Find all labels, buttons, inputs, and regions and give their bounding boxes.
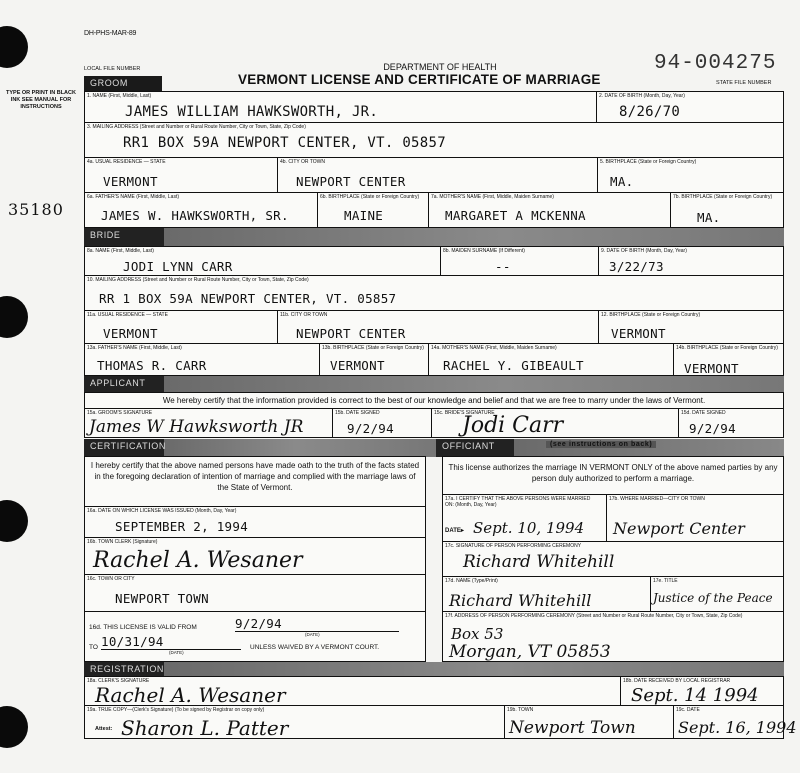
- groom-mother-field[interactable]: 7a. MOTHER'S NAME (First, Middle, Maiden…: [428, 192, 671, 228]
- binder-hole: [0, 296, 28, 338]
- department-name: DEPARTMENT OF HEALTH: [300, 62, 580, 72]
- bride-mother-field[interactable]: 14a. MOTHER'S NAME (First, Middle, Maide…: [428, 343, 674, 376]
- bride-signature-field[interactable]: 15c. BRIDE'S SIGNATURE Jodi Carr: [431, 408, 679, 438]
- registration-date-field[interactable]: 19c. DATE Sept. 16, 1994: [673, 705, 784, 739]
- groom-address-field[interactable]: 3. MAILING ADDRESS (Street and Number or…: [84, 122, 784, 158]
- bride-birthplace-field[interactable]: 12. BIRTHPLACE (State or Foreign Country…: [598, 310, 784, 344]
- officiant-title-field[interactable]: 17e. TITLE Justice of the Peace: [650, 576, 784, 612]
- groom-name-field[interactable]: 1. NAME (First, Middle, Last) JAMES WILL…: [84, 91, 597, 123]
- state-file-number: 94-004275: [654, 52, 776, 75]
- town-or-city-field[interactable]: 16c. TOWN OR CITY NEWPORT TOWN: [84, 574, 426, 612]
- officiant-name-field[interactable]: 17d. NAME (Type/Print) Richard Whitehill: [442, 576, 651, 612]
- officiant-address-field[interactable]: 17f. ADDRESS OF PERSON PERFORMING CEREMO…: [442, 611, 784, 662]
- officiant-signature-field[interactable]: 17c. SIGNATURE OF PERSON PERFORMING CERE…: [442, 541, 784, 577]
- document-title: VERMONT LICENSE AND CERTIFICATE OF MARRI…: [238, 72, 601, 87]
- groom-father-birthplace-field[interactable]: 6b. BIRTHPLACE (State or Foreign Country…: [317, 192, 429, 228]
- bride-name: JODI LYNN CARR: [123, 259, 233, 274]
- bride-father-birthplace-field[interactable]: 13b. BIRTHPLACE (State or Foreign Countr…: [319, 343, 429, 376]
- groom-address: RR1 BOX 59A NEWPORT CENTER, VT. 05857: [123, 135, 446, 151]
- form-code: DH-PHS-MAR-89: [84, 30, 136, 37]
- where-married-field[interactable]: 17b. WHERE MARRIED—CITY OR TOWN Newport …: [606, 494, 784, 542]
- side-note: TYPE OR PRINT IN BLACK INK SEE MANUAL FO…: [6, 90, 76, 111]
- section-header-registration: REGISTRATION: [84, 662, 784, 677]
- groom-city-field[interactable]: 4b. CITY OR TOWN NEWPORT CENTER: [277, 157, 598, 193]
- officiant-statement: This license authorizes the marriage IN …: [446, 462, 780, 484]
- groom-residence-field[interactable]: 4a. USUAL RESIDENCE — STATE VERMONT: [84, 157, 278, 193]
- groom-signature-field[interactable]: 15a. GROOM'S SIGNATURE James W Hawkswort…: [84, 408, 333, 438]
- bride-address-field[interactable]: 10. MAILING ADDRESS (Street and Number o…: [84, 275, 784, 311]
- binder-hole: [0, 500, 28, 542]
- valid-from: 9/2/94: [235, 616, 399, 632]
- bride-city-field[interactable]: 11b. CITY OR TOWN NEWPORT CENTER: [277, 310, 599, 344]
- bride-maiden-field[interactable]: 8b. MAIDEN SURNAME (If Different) --: [440, 246, 599, 276]
- groom-dob: 8/26/70: [619, 104, 680, 120]
- clerk-signature-field[interactable]: 18a. CLERK'S SIGNATURE Rachel A. Wesaner: [84, 676, 621, 706]
- groom-date-signed-field[interactable]: 15b. DATE SIGNED 9/2/94: [332, 408, 432, 438]
- section-header-groom: GROOM: [84, 76, 162, 91]
- bride-date-signed-field[interactable]: 15d. DATE SIGNED 9/2/94: [678, 408, 784, 438]
- bride-dob-field[interactable]: 9. DATE OF BIRTH (Month, Day, Year) 3/22…: [598, 246, 784, 276]
- bride-mother-birthplace-field[interactable]: 14b. BIRTHPLACE (State or Foreign Countr…: [673, 343, 784, 376]
- true-copy-field[interactable]: 19a. TRUE COPY—(Clerk's Signature) (To b…: [84, 705, 505, 739]
- date-received-field[interactable]: 18b. DATE RECEIVED BY LOCAL REGISTRAR Se…: [620, 676, 784, 706]
- section-header-certification: CERTIFICATION: [84, 439, 436, 457]
- applicant-statement-box: We hereby certify that the information p…: [84, 392, 784, 409]
- bride-father-field[interactable]: 13a. FATHER'S NAME (First, Middle, Last)…: [84, 343, 320, 376]
- groom-mother-birthplace-field[interactable]: 7b. BIRTHPLACE (State or Foreign Country…: [670, 192, 784, 228]
- groom-birthplace-field[interactable]: 5. BIRTHPLACE (State or Foreign Country)…: [597, 157, 784, 193]
- section-header-applicant: APPLICANT: [84, 376, 784, 393]
- groom-father-field[interactable]: 6a. FATHER'S NAME (First, Middle, Last) …: [84, 192, 318, 228]
- stamp-number: 35180: [8, 200, 64, 219]
- registration-town-field[interactable]: 19b. TOWN Newport Town: [504, 705, 674, 739]
- binder-hole: [0, 706, 28, 748]
- local-file-label: LOCAL FILE NUMBER: [84, 66, 140, 72]
- town-clerk-signature-field[interactable]: 16b. TOWN CLERK (Signature) Rachel A. We…: [84, 537, 426, 575]
- license-valid-field[interactable]: 16d. THIS LICENSE IS VALID FROM 9/2/94 (…: [84, 611, 426, 662]
- binder-hole: [0, 26, 28, 68]
- certification-statement: I hereby certify that the above named pe…: [90, 460, 420, 493]
- license-issued-field[interactable]: 16a. DATE ON WHICH LICENSE WAS ISSUED (M…: [84, 506, 426, 538]
- valid-to: 10/31/94: [101, 634, 241, 650]
- section-header-officiant: OFFICIANT (see instructions on back): [436, 439, 784, 457]
- married-on-field[interactable]: 17a. I CERTIFY THAT THE ABOVE PERSONS WE…: [442, 494, 607, 542]
- section-header-bride: BRIDE: [84, 228, 784, 246]
- groom-dob-field[interactable]: 2. DATE OF BIRTH (Month, Day, Year) 8/26…: [596, 91, 784, 123]
- bride-residence-field[interactable]: 11a. USUAL RESIDENCE — STATE VERMONT: [84, 310, 278, 344]
- state-file-label: STATE FILE NUMBER: [716, 80, 771, 86]
- bride-name-field[interactable]: 8a. NAME (First, Middle, Last) JODI LYNN…: [84, 246, 441, 276]
- groom-name: JAMES WILLIAM HAWKSWORTH, JR.: [125, 104, 378, 120]
